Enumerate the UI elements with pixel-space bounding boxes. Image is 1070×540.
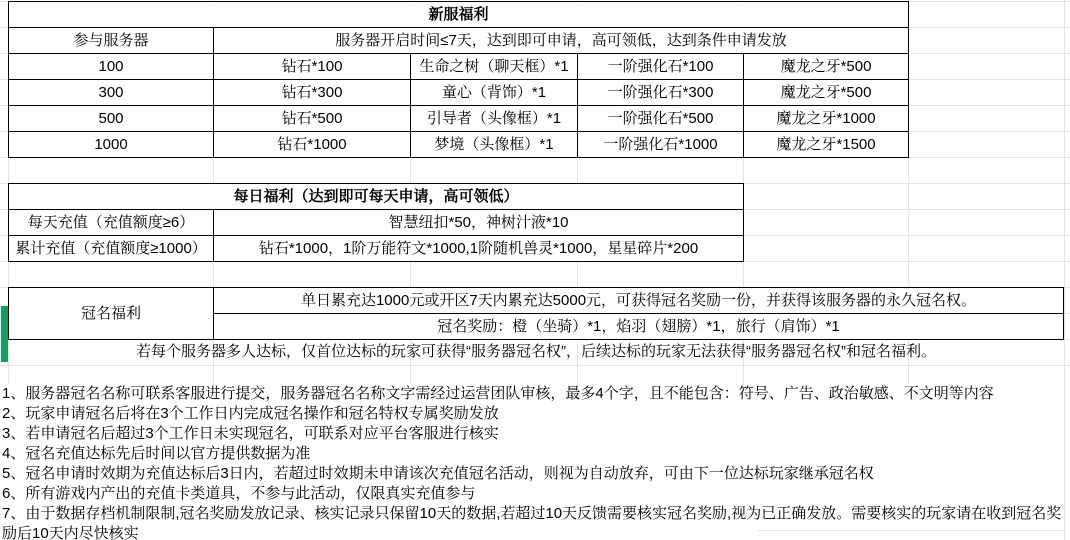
table-cell[interactable]: 1000: [9, 132, 214, 158]
note-line-3[interactable]: 3、若申请冠名后超过3个工作日未实现冠名，可联系对应平台客服进行核实: [2, 424, 1062, 444]
table-row: 100 钻石*100 生命之树（聊天框）*1 一阶强化石*100 魔龙之牙*50…: [9, 54, 909, 80]
table-cell[interactable]: 魔龙之牙*1000: [744, 106, 909, 132]
table-row: 300 钻石*300 童心（背饰）*1 一阶强化石*300 魔龙之牙*500: [9, 80, 909, 106]
table-cell[interactable]: 500: [9, 106, 214, 132]
table-cell[interactable]: 每天充值（充值额度≥6）: [9, 210, 214, 236]
note-line-5[interactable]: 5、冠名申请时效期为充值达标后3日内，若超过时效期未申请该次充值冠名活动，则视为…: [2, 464, 1062, 484]
naming-reward-cell[interactable]: 冠名奖励：橙（坐骑）*1，焰羽（翅膀）*1，旅行（肩饰）*1: [214, 314, 1064, 340]
naming-footnote[interactable]: 若每个服务器多人达标，仅首位达标的玩家可获得“服务器冠名权”，后续达标的玩家无法…: [8, 340, 1064, 364]
table-cell[interactable]: 300: [9, 80, 214, 106]
table-cell[interactable]: 钻石*1000: [214, 132, 411, 158]
naming-benefits-label[interactable]: 冠名福利: [9, 288, 214, 340]
table-cell[interactable]: 一阶强化石*1000: [578, 132, 744, 158]
new-server-benefits-table: 新服福利 参与服务器 服务器开启时间≤7天，达到即可申请，高可领低，达到条件申请…: [8, 1, 909, 158]
note-line-1[interactable]: 1、服务器冠名名称可联系客服进行提交，服务器冠名名称文字需经过运营团队审核，最多…: [2, 384, 1062, 404]
table-cell[interactable]: 童心（背饰）*1: [411, 80, 578, 106]
table-cell[interactable]: 魔龙之牙*1500: [744, 132, 909, 158]
table-row: 每天充值（充值额度≥6） 智慧纽扣*50，神树汁液*10: [9, 210, 744, 236]
naming-condition-cell[interactable]: 单日累充达1000元或开区7天内累充达5000元，可获得冠名奖励一份，并获得该服…: [214, 288, 1064, 314]
green-row-marker: [1, 306, 8, 362]
table-cell[interactable]: 一阶强化石*300: [578, 80, 744, 106]
table-cell[interactable]: 100: [9, 54, 214, 80]
table-cell[interactable]: 生命之树（聊天框）*1: [411, 54, 578, 80]
note-line-2[interactable]: 2、玩家申请冠名后将在3个工作日内完成冠名操作和冠名特权专属奖励发放: [2, 404, 1062, 424]
table-cell[interactable]: 钻石*100: [214, 54, 411, 80]
note-line-6[interactable]: 6、所有游戏内产出的充值卡类道具，不参与此活动，仅限真实充值参与: [2, 484, 1062, 504]
table-row: 累计充值（充值额度≥1000） 钻石*1000，1阶万能符文*1000,1阶随机…: [9, 236, 744, 262]
new-server-header-server[interactable]: 参与服务器: [9, 28, 214, 54]
note-line-7[interactable]: 7、由于数据存档机制限制,冠名奖励发放记录、核实记录只保留10天的数据,若超过1…: [2, 504, 1062, 540]
table-row: 500 钻石*500 引导者（头像框）*1 一阶强化石*500 魔龙之牙*100…: [9, 106, 909, 132]
table-cell[interactable]: 一阶强化石*100: [578, 54, 744, 80]
naming-benefits-table: 冠名福利 单日累充达1000元或开区7天内累充达5000元，可获得冠名奖励一份，…: [8, 287, 1064, 340]
table-cell[interactable]: 钻石*500: [214, 106, 411, 132]
sheet-vertical-gridline: [1064, 0, 1065, 540]
table-row: 冠名福利 单日累充达1000元或开区7天内累充达5000元，可获得冠名奖励一份，…: [9, 288, 1064, 314]
table-cell[interactable]: 引导者（头像框）*1: [411, 106, 578, 132]
sheet-horizontal-gridline-segment: [757, 530, 1064, 531]
table-cell[interactable]: 梦境（头像框）*1: [411, 132, 578, 158]
table-row: 1000 钻石*1000 梦境（头像框）*1 一阶强化石*1000 魔龙之牙*1…: [9, 132, 909, 158]
table-cell[interactable]: 魔龙之牙*500: [744, 80, 909, 106]
note-line-4[interactable]: 4、冠名充值达标先后时间以官方提供数据为准: [2, 444, 1062, 464]
table-cell[interactable]: 一阶强化石*500: [578, 106, 744, 132]
table-cell[interactable]: 钻石*300: [214, 80, 411, 106]
daily-benefits-table: 每日福利（达到即可每天申请，高可领低） 每天充值（充值额度≥6） 智慧纽扣*50…: [8, 183, 744, 262]
daily-table-title[interactable]: 每日福利（达到即可每天申请，高可领低）: [9, 184, 744, 210]
rules-notes: 1、服务器冠名名称可联系客服进行提交，服务器冠名名称文字需经过运营团队审核，最多…: [2, 384, 1062, 540]
new-server-table-title[interactable]: 新服福利: [9, 2, 909, 28]
table-cell[interactable]: 钻石*1000，1阶万能符文*1000,1阶随机兽灵*1000，星星碎片*200: [214, 236, 744, 262]
new-server-header-condition[interactable]: 服务器开启时间≤7天，达到即可申请，高可领低，达到条件申请发放: [214, 28, 909, 54]
table-cell[interactable]: 魔龙之牙*500: [744, 54, 909, 80]
table-cell[interactable]: 智慧纽扣*50，神树汁液*10: [214, 210, 744, 236]
table-cell[interactable]: 累计充值（充值额度≥1000）: [9, 236, 214, 262]
